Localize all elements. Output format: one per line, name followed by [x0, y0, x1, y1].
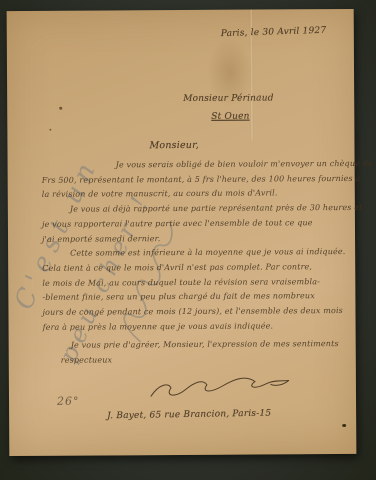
letter-page: C'est un peu cher ! Paris, le 30 Avril 1… [7, 9, 357, 456]
signature-flourish [145, 373, 295, 402]
paper-pinhole [49, 129, 51, 131]
letter-body-line: fera à peu près la moyenne que je vous a… [43, 319, 348, 336]
salutation: Monsieur, [149, 140, 199, 151]
recipient-name: Monsieur Périnaud [183, 93, 274, 104]
letter-body-line: respectueux [43, 352, 348, 369]
sender-address: J. Bayet, 65 rue Brancion, Paris-15 [107, 409, 271, 422]
paper-pinhole [59, 107, 62, 110]
letter-paragraph: Je vous serais obligé de bien vouloir m'… [42, 157, 347, 203]
letter-paragraph: Cette somme est inférieure à la moyenne … [42, 245, 348, 335]
recipient-place: St Ouen [211, 112, 249, 122]
dateline: Paris, le 30 Avril 1927 [221, 26, 327, 39]
paper-speck [342, 424, 346, 427]
margin-note: 26° [57, 395, 80, 408]
letter-paragraph: Je vous ai déjà rapporté une partie repr… [42, 201, 347, 247]
letter-paragraph: Je vous prie d'agréer, Monsieur, l'expre… [43, 337, 348, 368]
letter-body: Je vous serais obligé de bien vouloir m'… [42, 157, 348, 369]
